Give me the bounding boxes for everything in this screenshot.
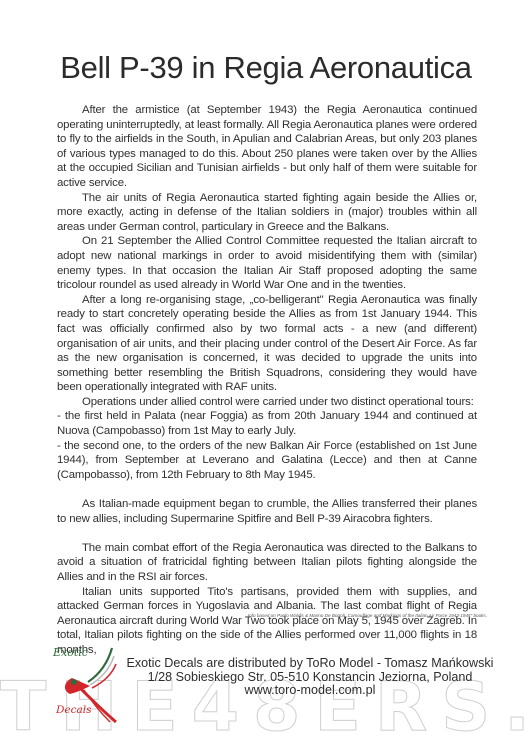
article-body: After the armistice (at September 1943) … [57, 103, 477, 658]
website-link[interactable]: www.toro-model.com.pl [100, 684, 520, 698]
paragraph: The air units of Regia Aeronautica start… [57, 191, 477, 235]
page-title: Bell P-39 in Regia Aeronautica [0, 50, 532, 86]
logo-text-exotic: Exotic [53, 646, 88, 659]
paragraph: The main combat effort of the Regia Aero… [57, 541, 477, 585]
distributor-line: Exotic Decals are distributed by ToRo Mo… [100, 657, 520, 671]
paragraph: - the second one, to the orders of the n… [57, 439, 477, 483]
paragraph-gap [57, 482, 477, 497]
distributor-info: Exotic Decals are distributed by ToRo Mo… [100, 657, 520, 698]
paragraph: After a long re-organising stage, „co-be… [57, 293, 477, 395]
paragraph-gap [57, 526, 477, 541]
logo-text-decals: Decals [56, 704, 92, 716]
source-footnote: Info based on Paolo Waldis & Marino De B… [248, 613, 487, 618]
paragraph: As Italian-made equipment began to crumb… [57, 497, 477, 526]
paragraph: Operations under allied control were car… [57, 395, 477, 410]
paragraph: After the armistice (at September 1943) … [57, 103, 477, 191]
paragraph: On 21 September the Allied Control Commi… [57, 234, 477, 292]
address-line: 1/28 Sobieskiego Str. 05-510 Konstancin … [100, 671, 520, 685]
paragraph: - the first held in Palata (near Foggia)… [57, 409, 477, 438]
